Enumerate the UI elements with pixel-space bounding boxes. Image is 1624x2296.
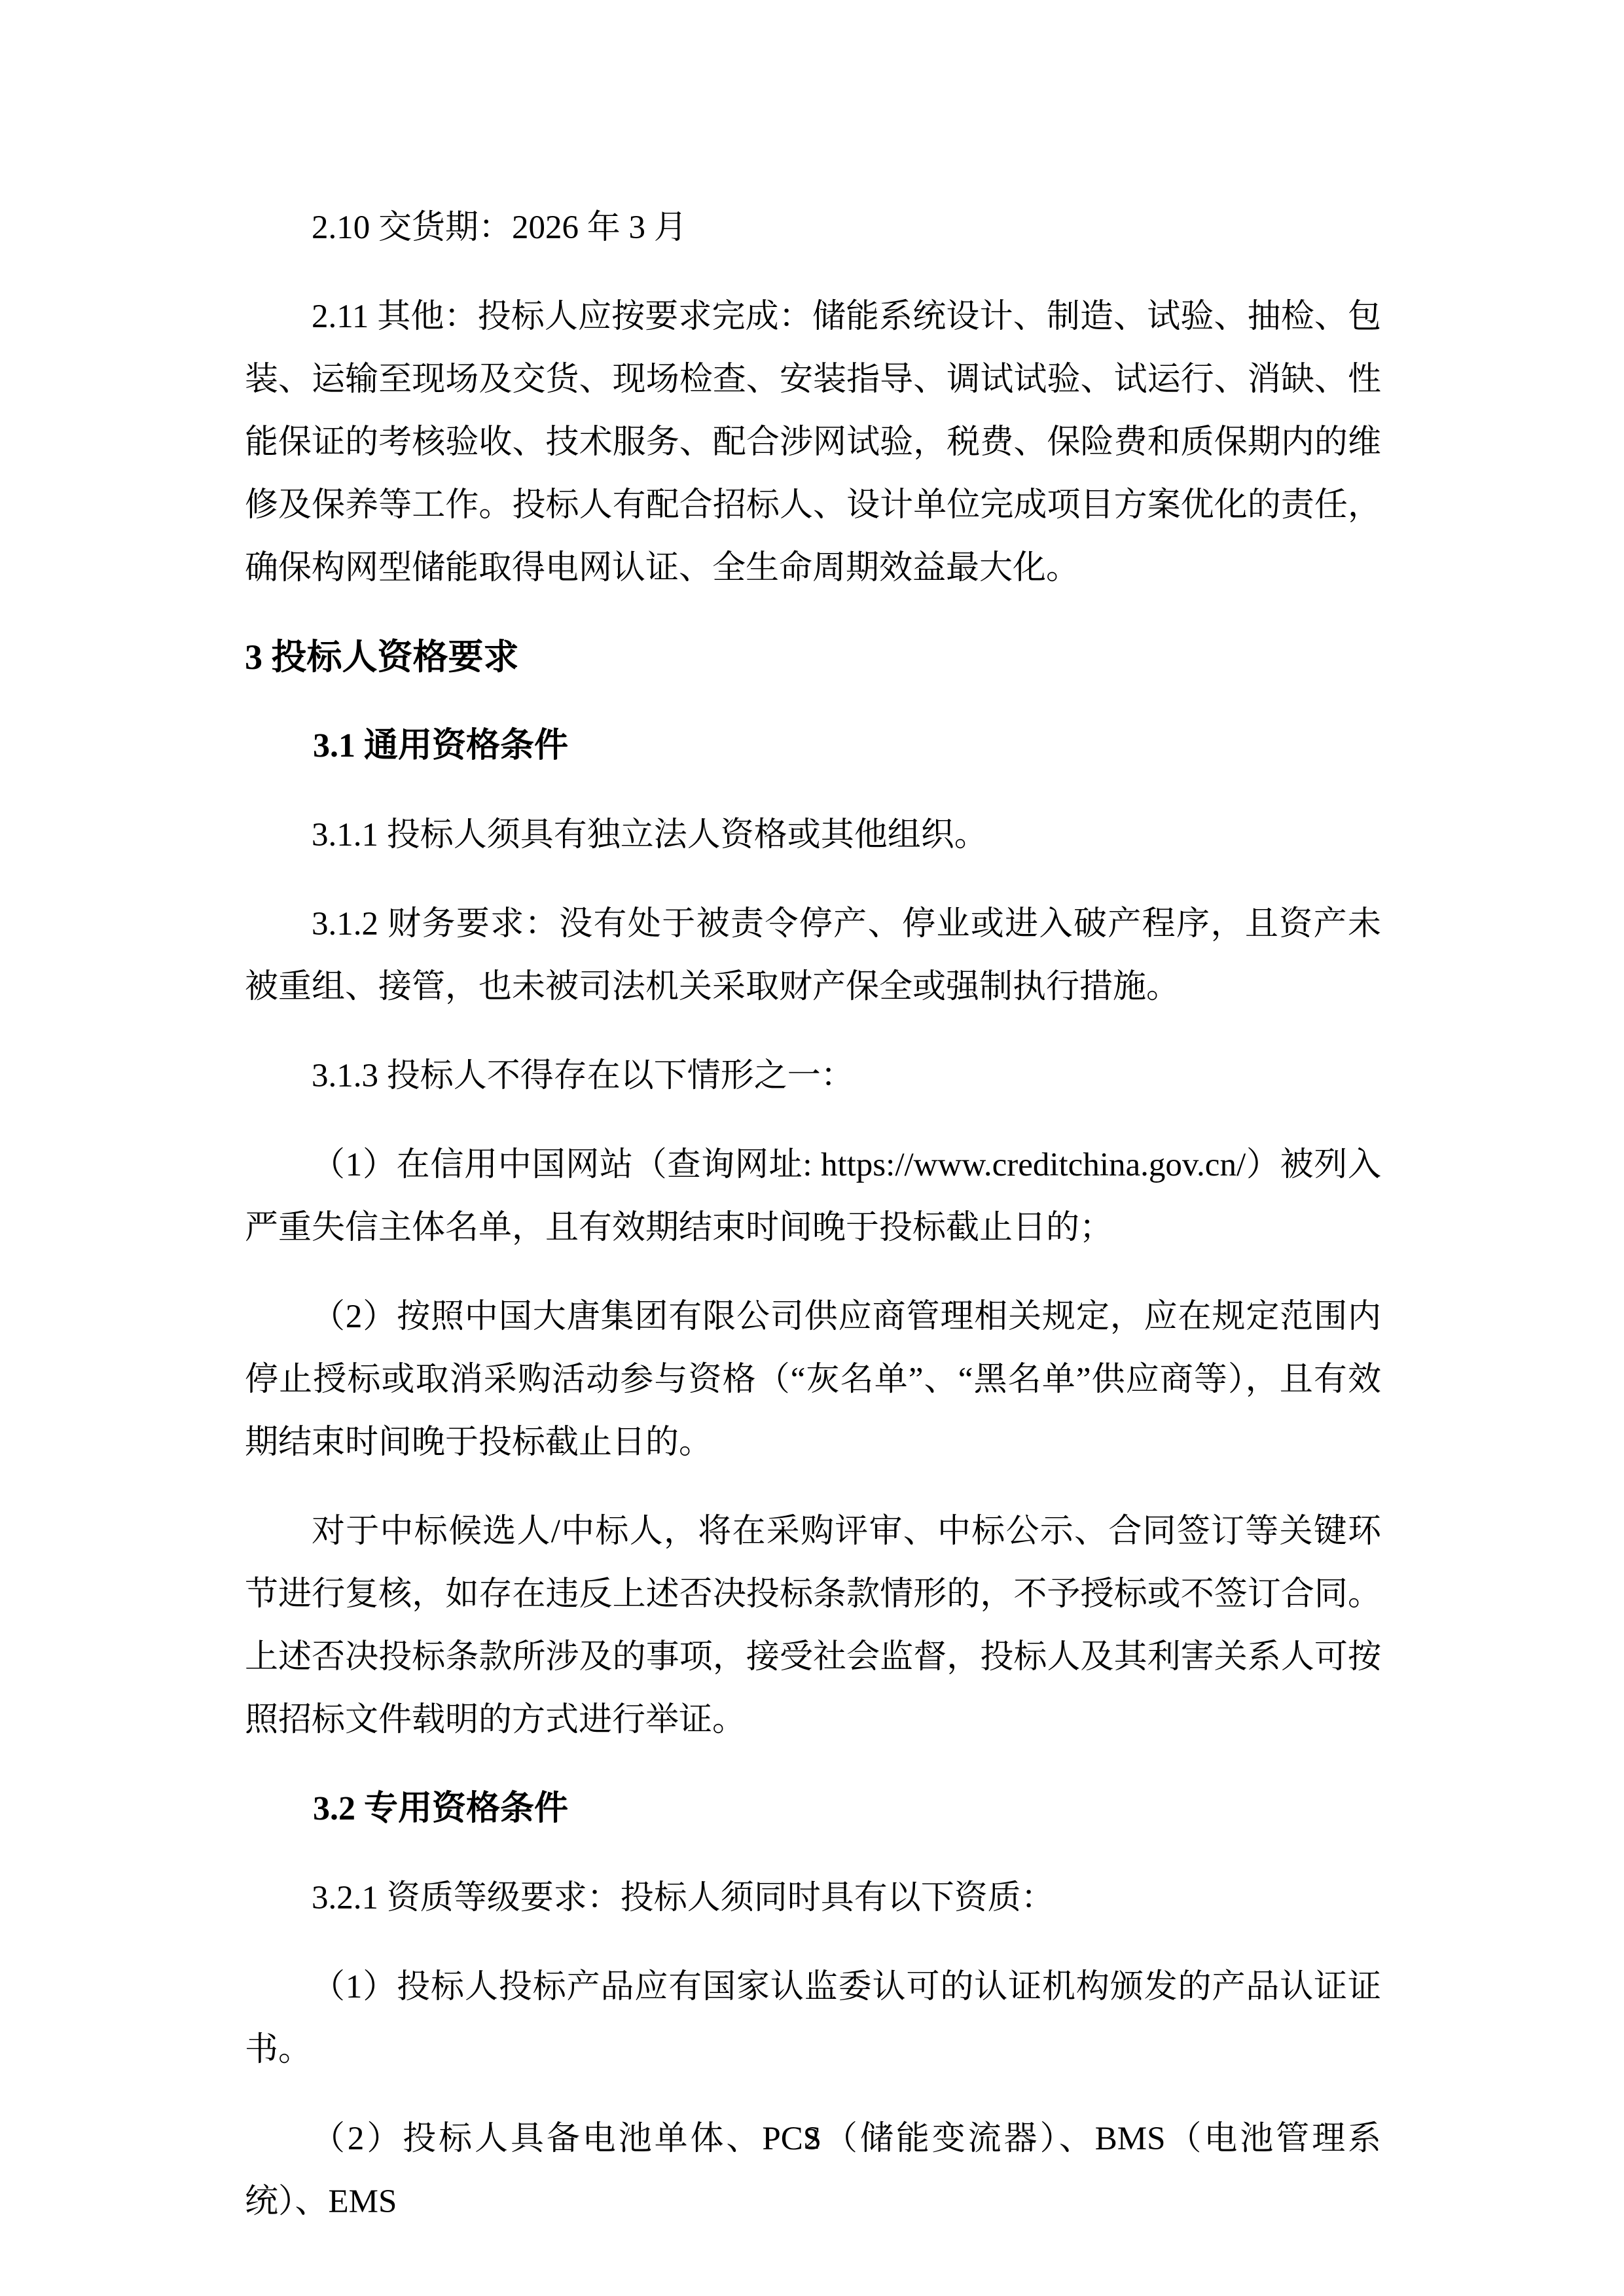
para-prohibited-situations-intro: 3.1.3 投标人不得存在以下情形之一： [245,1045,1381,1107]
heading-special-qualification-conditions: 3.2 专用资格条件 [245,1778,1381,1840]
para-qualification-grade-requirement: 3.2.1 资质等级要求：投标人须同时具有以下资质： [245,1867,1381,1929]
para-delivery-date: 2.10 交货期：2026 年 3 月 [245,196,1381,259]
para-product-certification-requirement: （1）投标人投标产品应有国家认监委认可的认证机构颁发的产品认证证书。 [245,1956,1381,2081]
para-winning-candidate-review: 对于中标候选人/中标人，将在采购评审、中标公示、合同签订等关键环节进行复核，如存… [245,1500,1381,1751]
document-body: 2.10 交货期：2026 年 3 月 2.11 其他：投标人应按要求完成：储能… [245,196,1381,2259]
para-financial-requirement: 3.1.2 财务要求：没有处于被责令停产、停业或进入破产程序，且资产未被重组、接… [245,893,1381,1018]
para-creditchina-blacklist-clause: （1）在信用中国网站（查询网址: https://www.creditchina… [245,1134,1381,1259]
para-datang-supplier-management-clause: （2）按照中国大唐集团有限公司供应商管理相关规定，应在规定范围内停止授标或取消采… [245,1285,1381,1474]
page-number: 2 [0,2119,1624,2159]
para-legal-entity-requirement: 3.1.1 投标人须具有独立法人资格或其他组织。 [245,804,1381,867]
document-page: 2.10 交货期：2026 年 3 月 2.11 其他：投标人应按要求完成：储能… [0,0,1624,2296]
heading-bidder-qualification-requirements: 3 投标人资格要求 [245,626,1381,689]
para-other-requirements: 2.11 其他：投标人应按要求完成：储能系统设计、制造、试验、抽检、包装、运输至… [245,285,1381,600]
heading-general-qualification-conditions: 3.1 通用资格条件 [245,715,1381,778]
